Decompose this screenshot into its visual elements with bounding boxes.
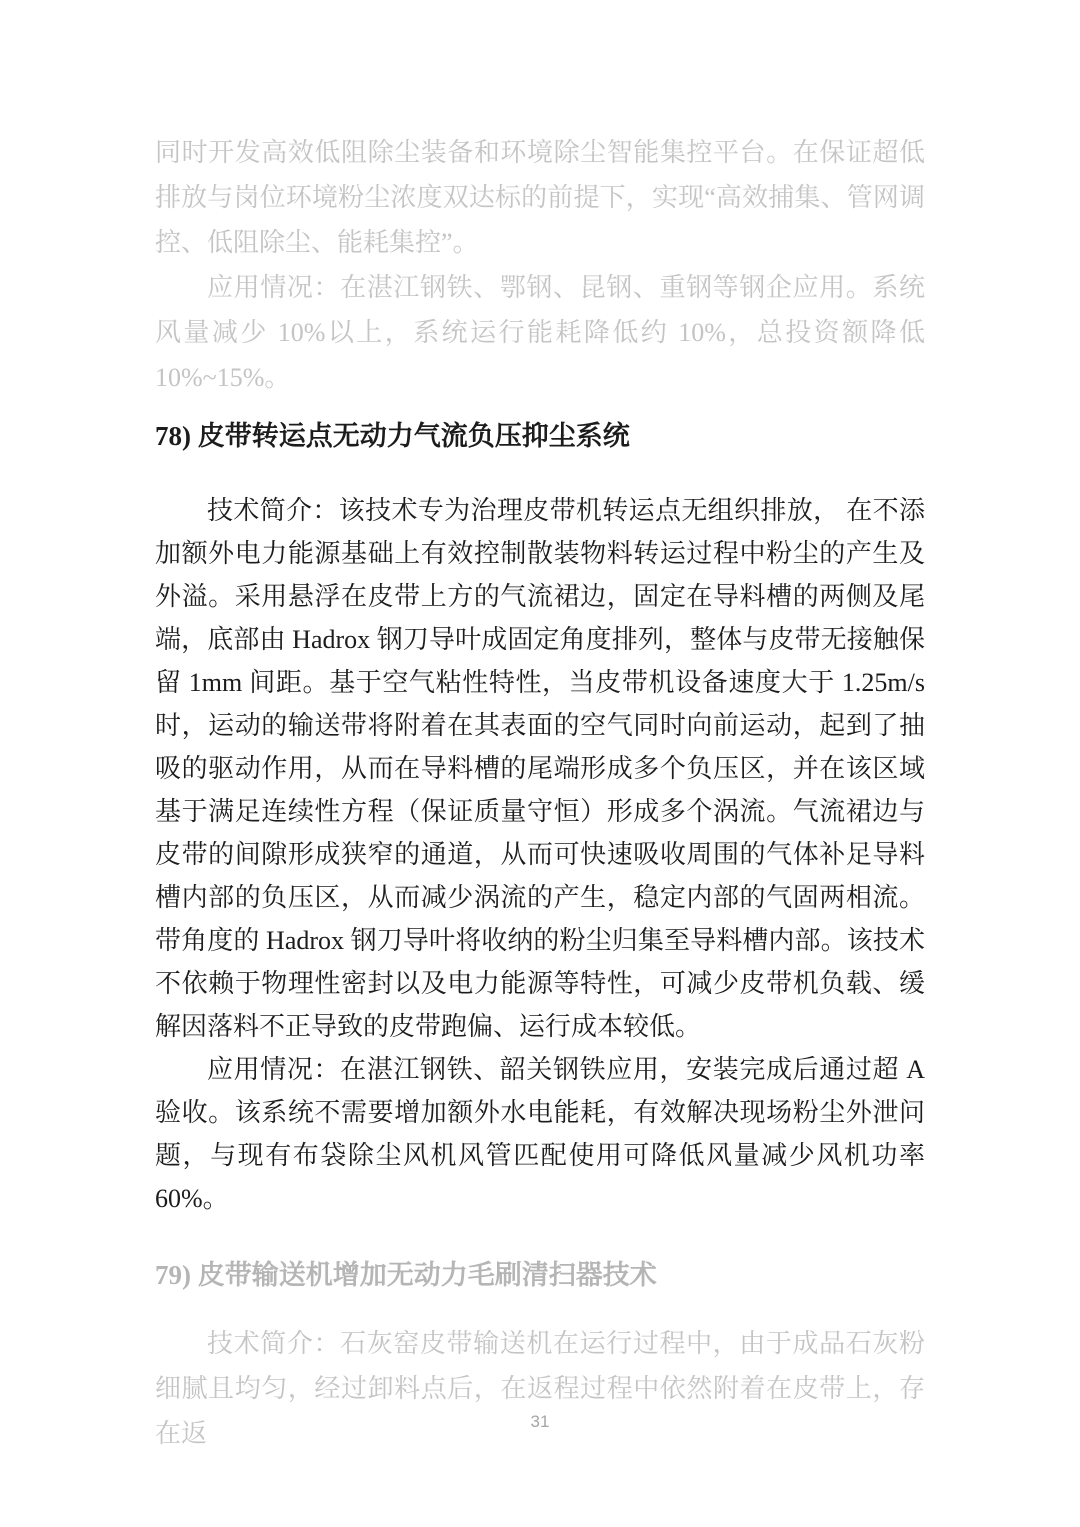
section-79-intro-paragraph: 技术简介：石灰窑皮带输送机在运行过程中，由于成品石灰粉细腻且均匀，经过卸料点后，… [155,1321,925,1456]
prev-section-application-paragraph: 应用情况：在湛江钢铁、鄂钢、昆钢、重钢等钢企应用。系统风量减少 10%以上，系统… [155,265,925,400]
document-page: 同时开发高效低阻除尘装备和环境除尘智能集控平台。在保证超低排放与岗位环境粉尘浓度… [0,0,1080,1527]
section-79-heading: 79) 皮带输送机增加无动力毛刷清扫器技术 [155,1253,925,1298]
prev-section-continuation-paragraph: 同时开发高效低阻除尘装备和环境除尘智能集控平台。在保证超低排放与岗位环境粉尘浓度… [155,130,925,265]
text-column: 同时开发高效低阻除尘装备和环境除尘智能集控平台。在保证超低排放与岗位环境粉尘浓度… [155,0,925,1456]
section-78-heading: 78) 皮带转运点无动力气流负压抑尘系统 [155,414,925,459]
top-margin [155,0,925,130]
page-number: 31 [0,1412,1080,1432]
section-78-intro-paragraph: 技术简介：该技术专为治理皮带机转运点无组织排放， 在不添加额外电力能源基础上有效… [155,489,925,1048]
section-78-application-paragraph: 应用情况：在湛江钢铁、韶关钢铁应用，安装完成后通过超 A 验收。该系统不需要增加… [155,1048,925,1220]
